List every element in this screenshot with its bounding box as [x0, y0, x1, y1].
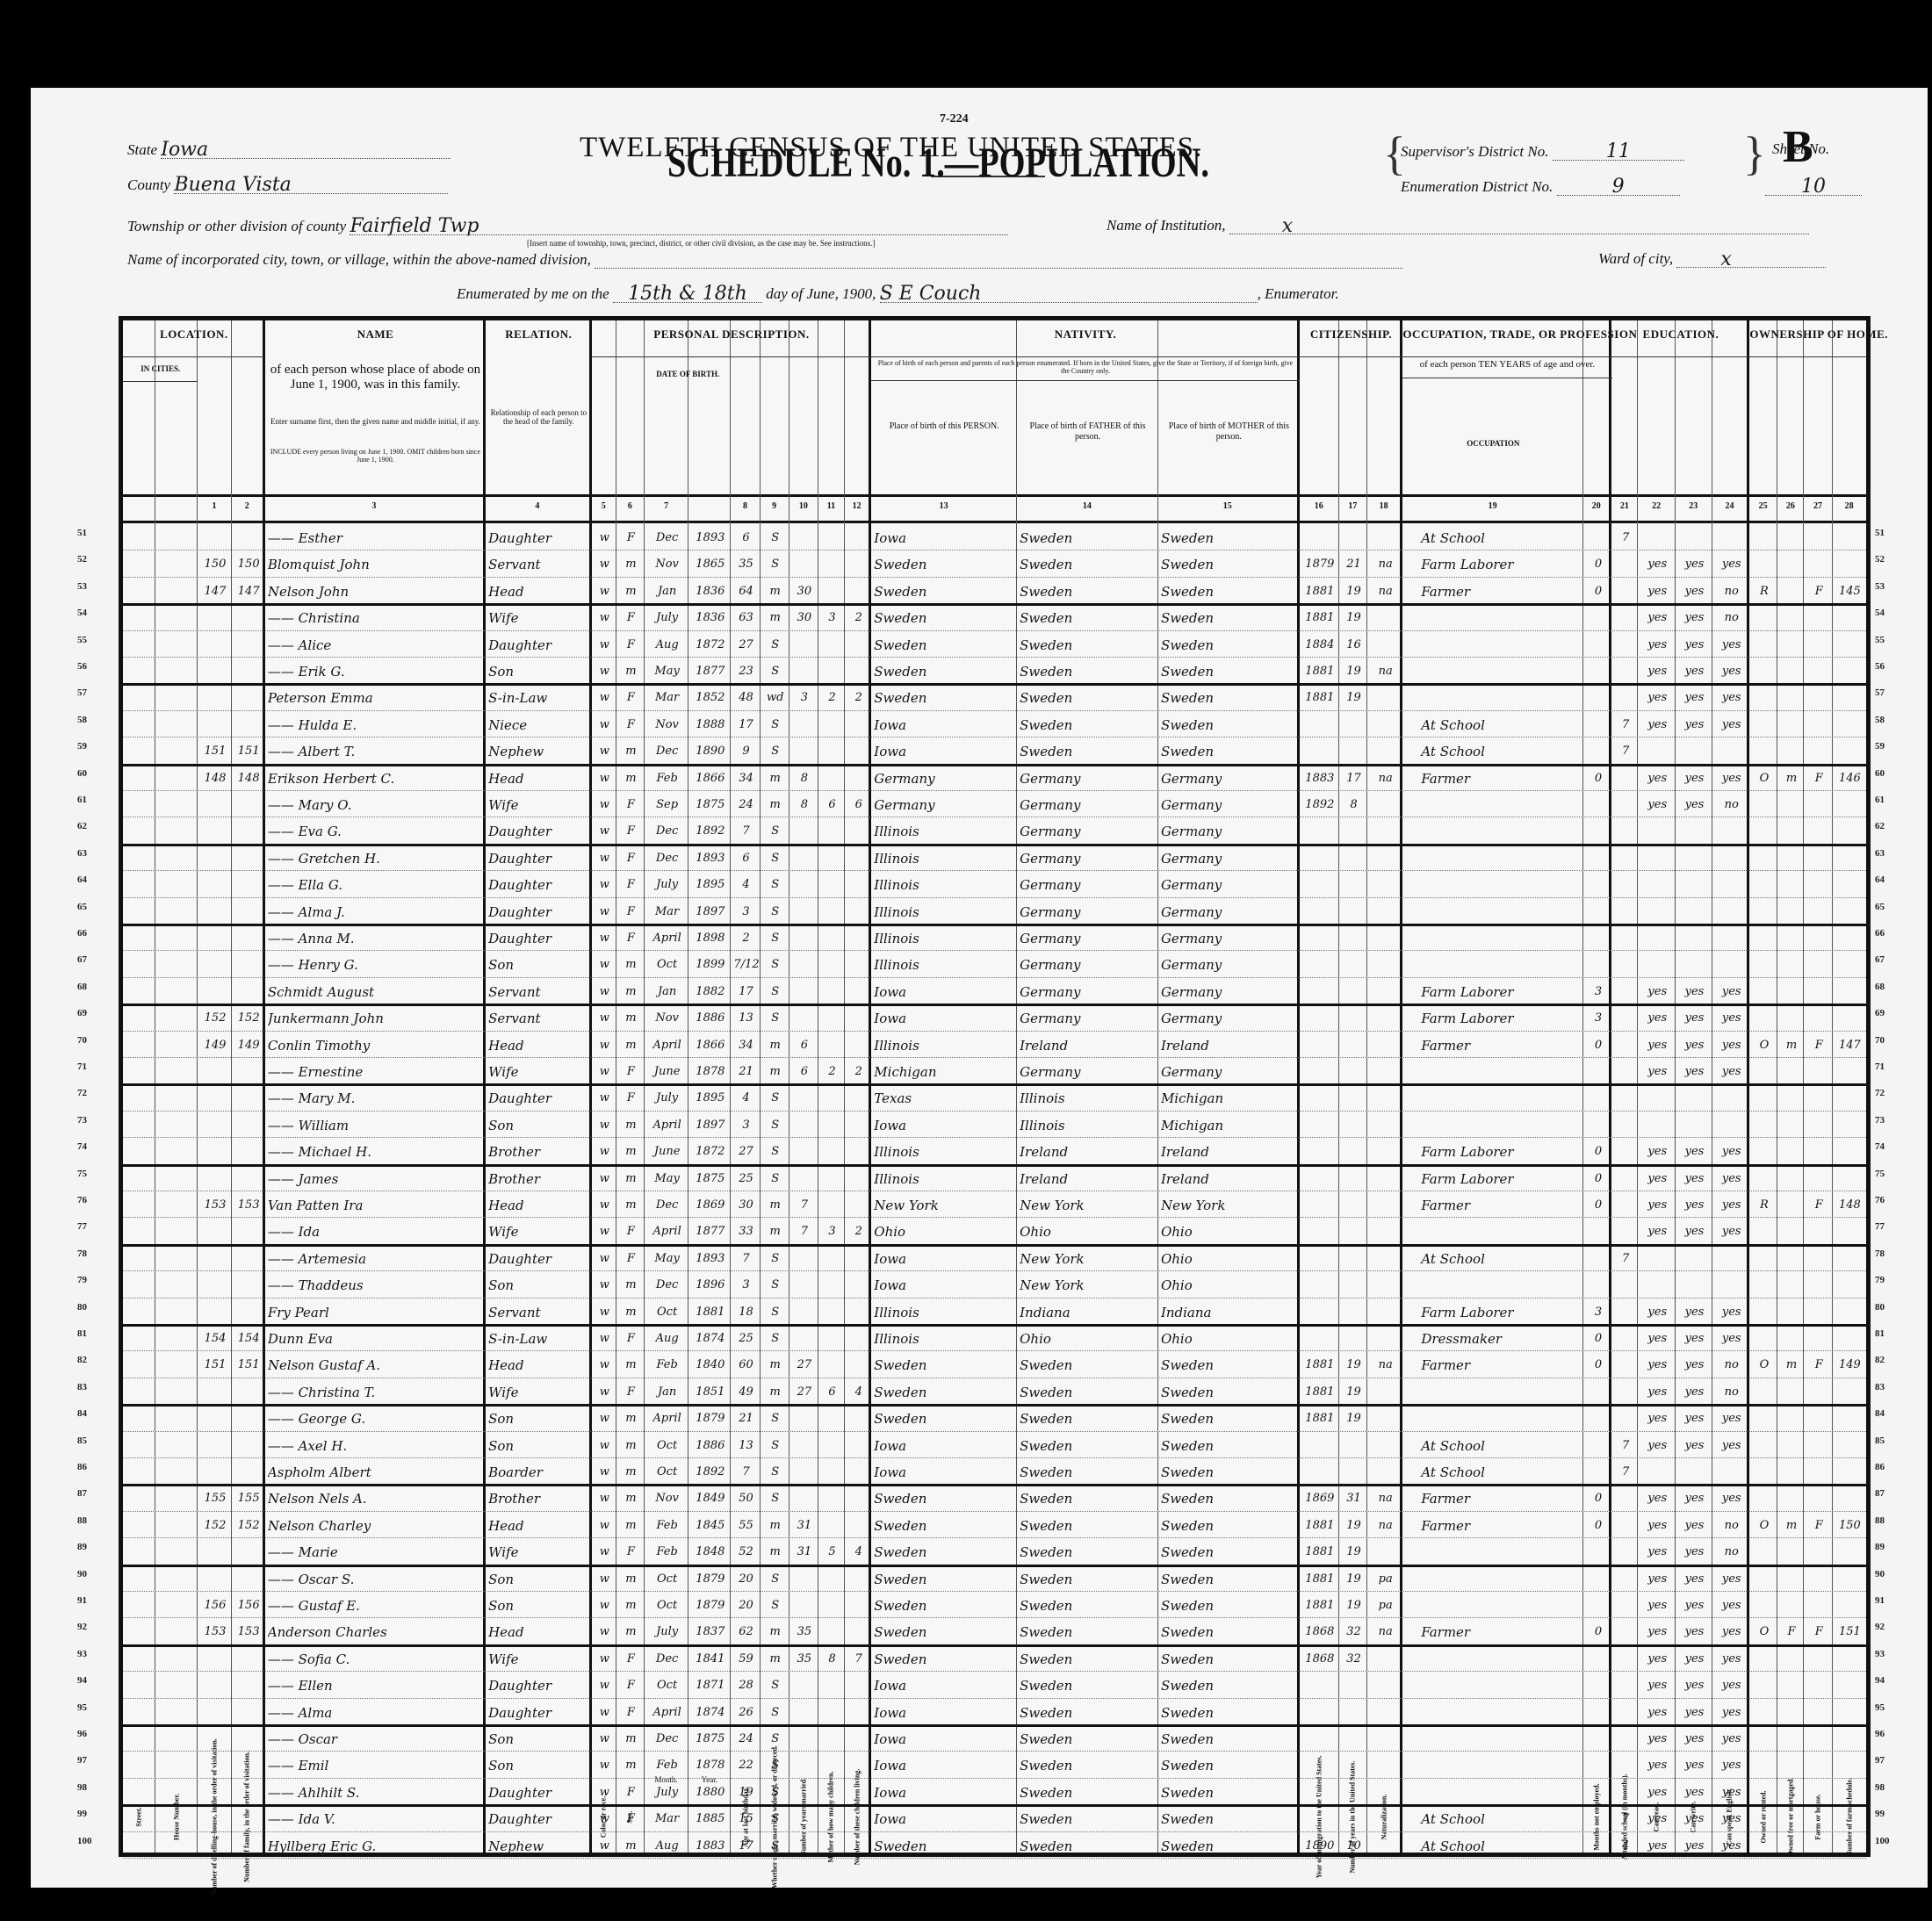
cell-wr	[1678, 1111, 1711, 1137]
cell-rd: yes	[1641, 630, 1674, 657]
cell-age: 7	[733, 1244, 758, 1270]
cell-yr: 1890	[691, 737, 729, 763]
cell-s: F	[619, 1804, 643, 1831]
cell-mc	[821, 1831, 843, 1858]
cell-mc	[821, 1137, 843, 1163]
cell-bf: Germany	[1020, 844, 1157, 870]
cell-sch	[1615, 1057, 1637, 1083]
cell-fh	[1807, 1804, 1831, 1831]
cell-yr: 1837	[691, 1617, 729, 1644]
cell-im	[1302, 710, 1337, 737]
cell-fh	[1807, 1457, 1831, 1484]
cell-rel: Daughter	[488, 1244, 590, 1270]
cell-bp: Iowa	[874, 737, 1015, 763]
cell-ym	[792, 1431, 817, 1457]
cell-na	[1370, 844, 1401, 870]
cell-im: 1881	[1302, 1565, 1337, 1591]
cell-rd: yes	[1641, 1137, 1674, 1163]
population-table: Street.House Number.Number of dwelling-h…	[119, 316, 1871, 1857]
cell-rel: Niece	[488, 710, 590, 737]
cell-bp: Illinois	[874, 924, 1015, 950]
cell-c: w	[595, 817, 615, 843]
cell-mu: 3	[1586, 1004, 1610, 1030]
cell-sp: yes	[1715, 1137, 1748, 1163]
cell-bf: Sweden	[1020, 1778, 1157, 1804]
cell-age: 50	[733, 1484, 758, 1510]
cell-yu	[1342, 1270, 1366, 1297]
cell-fm2	[1780, 1270, 1802, 1297]
cell-im: 1881	[1302, 1591, 1337, 1617]
supervisor-district-value: 11	[1606, 140, 1631, 162]
cell-sch	[1615, 1778, 1637, 1804]
cell-rel: Daughter	[488, 1671, 590, 1697]
cell-bf: Ireland	[1020, 1164, 1157, 1191]
cell-cl: 7	[847, 1644, 869, 1671]
cell-dw: 151	[200, 737, 229, 763]
cell-yr: 1866	[691, 1031, 729, 1057]
cell-sp: yes	[1715, 1698, 1748, 1724]
cell-mu: 0	[1586, 764, 1610, 790]
line-number-left: 57	[77, 687, 87, 698]
form-number: 7-224	[940, 112, 969, 126]
cell-na	[1370, 870, 1401, 896]
cell-sch	[1615, 1350, 1637, 1377]
cell-na	[1370, 1270, 1401, 1297]
cell-dw: 153	[200, 1191, 229, 1217]
cell-mc: 2	[821, 683, 843, 709]
cell-mu	[1586, 1217, 1610, 1243]
cell-mc	[821, 764, 843, 790]
cell-occ	[1405, 603, 1597, 630]
cell-fh	[1807, 630, 1831, 657]
cell-sp	[1715, 897, 1748, 924]
line-number-left: 56	[77, 661, 87, 672]
column-number: 12	[845, 501, 869, 511]
cell-rd: yes	[1641, 764, 1674, 790]
cell-s: m	[619, 1270, 643, 1297]
cell-or	[1752, 1778, 1776, 1804]
cell-mc	[821, 1511, 843, 1537]
schedule-title: SCHEDULE No. 1.—POPULATION.	[667, 139, 1209, 187]
cell-cl	[847, 1244, 869, 1270]
cell-cl: 2	[847, 603, 869, 630]
cell-fh	[1807, 1083, 1831, 1110]
table-row: —— Sofia C.WifewFDec184159m3587SwedenSwe…	[123, 1644, 1866, 1672]
line-number-right: 58	[1875, 715, 1885, 725]
cell-mo: Dec	[647, 817, 687, 843]
cell-dw	[200, 1083, 229, 1110]
cell-yu	[1342, 1804, 1366, 1831]
cell-or	[1752, 1298, 1776, 1324]
cell-occ: Farm Laborer	[1405, 1004, 1597, 1030]
cell-name: Nelson Gustaf A.	[268, 1350, 484, 1377]
line-number-right: 81	[1875, 1328, 1885, 1339]
cell-im	[1302, 1137, 1337, 1163]
cell-bf: Germany	[1020, 764, 1157, 790]
cell-mc	[821, 1244, 843, 1270]
enumerator-name: S E Couch	[880, 283, 982, 305]
cell-bm: Sweden	[1161, 657, 1298, 683]
cell-im	[1302, 1778, 1337, 1804]
cell-bf: Sweden	[1020, 1831, 1157, 1858]
cell-rel: Wife	[488, 1644, 590, 1671]
cell-bf: Germany	[1020, 977, 1157, 1004]
cell-ms: m	[763, 1057, 788, 1083]
cell-s: m	[619, 1111, 643, 1137]
cell-ym: 8	[792, 764, 817, 790]
cell-bm: Sweden	[1161, 630, 1298, 657]
cell-fm2	[1780, 1004, 1802, 1030]
cell-fm2: m	[1780, 764, 1802, 790]
cell-mo: May	[647, 1244, 687, 1270]
cell-yr: 1852	[691, 683, 729, 709]
line-number-right: 94	[1875, 1675, 1885, 1686]
line-number-left: 93	[77, 1649, 87, 1659]
cell-mu	[1586, 1378, 1610, 1404]
cell-im	[1302, 1751, 1337, 1777]
cell-mo: Oct	[647, 1457, 687, 1484]
cell-fh	[1807, 1004, 1831, 1030]
cell-cl	[847, 1804, 869, 1831]
cell-name: —— Thaddeus	[268, 1270, 484, 1297]
cell-age: 59	[733, 1644, 758, 1671]
cell-sch	[1615, 1217, 1637, 1243]
cell-mu	[1586, 1457, 1610, 1484]
cell-s: m	[619, 1484, 643, 1510]
cell-fm	[234, 1804, 263, 1831]
line-number-right: 54	[1875, 608, 1885, 618]
sheet-number-field: 10	[1765, 176, 1862, 196]
cell-age: 62	[733, 1617, 758, 1644]
cell-age: 20	[733, 1591, 758, 1617]
cell-mu: 0	[1586, 1484, 1610, 1510]
cell-bm: Sweden	[1161, 1484, 1298, 1510]
cell-or	[1752, 657, 1776, 683]
cell-occ	[1405, 1751, 1597, 1777]
cell-wr: yes	[1678, 1591, 1711, 1617]
line-number-right: 84	[1875, 1408, 1885, 1419]
cell-bm: Sweden	[1161, 1831, 1298, 1858]
cell-fm	[234, 1537, 263, 1564]
cell-sch	[1615, 870, 1637, 896]
cell-bm: Ohio	[1161, 1244, 1298, 1270]
cell-na	[1370, 1698, 1401, 1724]
cell-dw: 150	[200, 550, 229, 576]
cell-fm2	[1780, 657, 1802, 683]
cell-bf: Sweden	[1020, 737, 1157, 763]
cell-im	[1302, 844, 1337, 870]
cell-rel: Wife	[488, 1537, 590, 1564]
cell-fh	[1807, 737, 1831, 763]
header-note-nativity_desc: Place of birth of each person and parent…	[871, 359, 1299, 381]
cell-yr: 1836	[691, 577, 729, 603]
cell-rel: Nephew	[488, 1831, 590, 1858]
cell-ms: S	[763, 1404, 788, 1430]
cell-bp: Illinois	[874, 1137, 1015, 1163]
column-number: 27	[1804, 501, 1831, 511]
cell-c: w	[595, 577, 615, 603]
cell-bf: New York	[1020, 1270, 1157, 1297]
cell-yu	[1342, 1724, 1366, 1751]
cell-or: R	[1752, 577, 1776, 603]
cell-dw	[200, 1057, 229, 1083]
line-number-right: 97	[1875, 1755, 1885, 1766]
cell-rd: yes	[1641, 1751, 1674, 1777]
cell-bf: Sweden	[1020, 710, 1157, 737]
county-field: County Buena Vista	[127, 174, 448, 194]
cell-bm: Germany	[1161, 950, 1298, 976]
cell-im	[1302, 1057, 1337, 1083]
cell-na	[1370, 1057, 1401, 1083]
cell-wr: yes	[1678, 1698, 1711, 1724]
cell-bf: Sweden	[1020, 1431, 1157, 1457]
cell-bm: Germany	[1161, 817, 1298, 843]
cell-c: w	[595, 1217, 615, 1243]
cell-im	[1302, 1671, 1337, 1697]
cell-fs	[1835, 870, 1864, 896]
cell-age: 55	[733, 1511, 758, 1537]
cell-sch: 7	[1615, 1244, 1637, 1270]
table-row: Aspholm AlbertBoarderwmOct18927SIowaSwed…	[123, 1457, 1866, 1486]
cell-occ: Farmer	[1405, 577, 1597, 603]
cell-sp: yes	[1715, 550, 1748, 576]
cell-wr	[1678, 737, 1711, 763]
cell-fm: 155	[234, 1484, 263, 1510]
cell-ms: S	[763, 1111, 788, 1137]
cell-dw	[200, 1164, 229, 1191]
cell-dw	[200, 844, 229, 870]
cell-fs	[1835, 523, 1864, 550]
cell-mu	[1586, 710, 1610, 737]
cell-sch	[1615, 603, 1637, 630]
cell-na	[1370, 1137, 1401, 1163]
cell-dw	[200, 1778, 229, 1804]
line-number-left: 89	[77, 1542, 87, 1552]
cell-fh	[1807, 710, 1831, 737]
cell-age: 64	[733, 577, 758, 603]
cell-yr: 1878	[691, 1057, 729, 1083]
cell-fm2	[1780, 577, 1802, 603]
cell-yu	[1342, 1004, 1366, 1030]
cell-occ	[1405, 1378, 1597, 1404]
cell-fs: 148	[1835, 1191, 1864, 1217]
cell-yu: 19	[1342, 1565, 1366, 1591]
cell-cl	[847, 1270, 869, 1297]
line-number-right: 89	[1875, 1542, 1885, 1552]
cell-sp: yes	[1715, 1057, 1748, 1083]
cell-c: w	[595, 1537, 615, 1564]
cell-mo: Dec	[647, 844, 687, 870]
cell-age: 49	[733, 1378, 758, 1404]
column-number: 14	[1017, 501, 1157, 511]
cell-c: w	[595, 1298, 615, 1324]
county-label: County	[127, 176, 170, 193]
cell-sch	[1615, 844, 1637, 870]
cell-name: Van Patten Ira	[268, 1191, 484, 1217]
cell-im: 1881	[1302, 1537, 1337, 1564]
cell-bm: Sweden	[1161, 1457, 1298, 1484]
cell-fm2	[1780, 1431, 1802, 1457]
cell-ms: m	[763, 603, 788, 630]
cell-yr: 1895	[691, 1083, 729, 1110]
cell-fm	[234, 1457, 263, 1484]
cell-bf: Germany	[1020, 1057, 1157, 1083]
cell-bm: Indiana	[1161, 1298, 1298, 1324]
table-row: 148148Erikson Herbert C.HeadwmFeb186634m…	[123, 764, 1866, 791]
line-number-left: 52	[77, 554, 87, 565]
cell-rel: Daughter	[488, 1778, 590, 1804]
city-label: Name of incorporated city, town, or vill…	[127, 251, 591, 268]
cell-fm	[234, 1137, 263, 1163]
cell-bp: Iowa	[874, 1457, 1015, 1484]
cell-fh	[1807, 870, 1831, 896]
header-note-birth_father: Place of birth of FATHER of this person.	[1017, 421, 1158, 442]
cell-mu: 0	[1586, 577, 1610, 603]
cell-fh	[1807, 1111, 1831, 1137]
cell-bm: Michigan	[1161, 1083, 1298, 1110]
cell-rel: Wife	[488, 1378, 590, 1404]
cell-fs	[1835, 844, 1864, 870]
cell-fm2	[1780, 1724, 1802, 1751]
cell-fm2	[1780, 1591, 1802, 1617]
cell-fh	[1807, 1244, 1831, 1270]
table-row: —— JamesBrotherwmMay187525SIllinoisIrela…	[123, 1164, 1866, 1191]
cell-dw	[200, 817, 229, 843]
cell-or	[1752, 1217, 1776, 1243]
cell-rd: yes	[1641, 683, 1674, 709]
cell-fh: F	[1807, 764, 1831, 790]
cell-mo: Nov	[647, 1004, 687, 1030]
line-number-right: 93	[1875, 1649, 1885, 1659]
table-row: —— Mary M.DaughterwFJuly18954STexasIllin…	[123, 1083, 1866, 1111]
line-number-right: 76	[1875, 1195, 1885, 1205]
institution-value: x	[1282, 215, 1293, 237]
cell-age: 24	[733, 790, 758, 817]
cell-s: F	[619, 844, 643, 870]
cell-cl	[847, 924, 869, 950]
table-row: —— ErnestineWifewFJune187821m622Michigan…	[123, 1057, 1866, 1086]
cell-rd	[1641, 1111, 1674, 1137]
cell-fm2	[1780, 1537, 1802, 1564]
cell-rd: yes	[1641, 1164, 1674, 1191]
cell-wr	[1678, 1244, 1711, 1270]
line-number-right: 99	[1875, 1809, 1885, 1819]
cell-c: w	[595, 1724, 615, 1751]
line-number-right: 62	[1875, 821, 1885, 831]
cell-fs: 146	[1835, 764, 1864, 790]
cell-age: 2	[733, 924, 758, 950]
cell-cl	[847, 1831, 869, 1858]
cell-mc	[821, 1111, 843, 1137]
cell-s: F	[619, 1324, 643, 1350]
cell-dw	[200, 710, 229, 737]
cell-rel: Wife	[488, 1217, 590, 1243]
cell-sp: no	[1715, 1511, 1748, 1537]
cell-fm	[234, 1724, 263, 1751]
table-row: —— Henry G.SonwmOct18997/12SIllinoisGerm…	[123, 950, 1866, 977]
cell-ms: S	[763, 1083, 788, 1110]
cell-bf: Sweden	[1020, 1698, 1157, 1724]
cell-fm2	[1780, 1644, 1802, 1671]
cell-na	[1370, 683, 1401, 709]
cell-cl	[847, 1031, 869, 1057]
line-number-left: 96	[77, 1729, 87, 1739]
cell-ym	[792, 1083, 817, 1110]
cell-im	[1302, 1191, 1337, 1217]
cell-bp: Illinois	[874, 1298, 1015, 1324]
cell-c: w	[595, 1324, 615, 1350]
cell-ms: m	[763, 764, 788, 790]
table-row: 152152Nelson CharleyHeadwmFeb184555m31Sw…	[123, 1511, 1866, 1538]
cell-occ	[1405, 683, 1597, 709]
cell-bp: Iowa	[874, 523, 1015, 550]
cell-fh	[1807, 523, 1831, 550]
column-number: 1	[198, 501, 230, 511]
line-number-right: 57	[1875, 687, 1885, 698]
cell-cl: 4	[847, 1537, 869, 1564]
cell-mc	[821, 737, 843, 763]
cell-im: 1881	[1302, 603, 1337, 630]
column-group-header: EDUCATION.	[1612, 320, 1750, 357]
cell-fm	[234, 924, 263, 950]
cell-or	[1752, 844, 1776, 870]
cell-fm2	[1780, 897, 1802, 924]
cell-age: 15	[733, 1804, 758, 1831]
cell-wr: yes	[1678, 977, 1711, 1004]
cell-fh	[1807, 657, 1831, 683]
cell-fm2: m	[1780, 1511, 1802, 1537]
cell-rd	[1641, 950, 1674, 976]
cell-c: w	[595, 1617, 615, 1644]
line-number-right: 59	[1875, 741, 1885, 752]
cell-mu	[1586, 1431, 1610, 1457]
header-note-in_cities: IN CITIES.	[123, 364, 198, 382]
header-note-birth_mother: Place of birth of MOTHER of this person.	[1158, 421, 1300, 442]
line-number-left: 80	[77, 1302, 87, 1313]
table-row: 154154Dunn EvaS-in-LawwFAug187425SIllino…	[123, 1324, 1866, 1351]
line-number-right: 70	[1875, 1035, 1885, 1046]
cell-fh	[1807, 1164, 1831, 1191]
cell-rel: Brother	[488, 1484, 590, 1510]
cell-mc	[821, 1804, 843, 1831]
cell-yu: 19	[1342, 1378, 1366, 1404]
cell-sch	[1615, 764, 1637, 790]
cell-mu: 0	[1586, 1617, 1610, 1644]
cell-dw: 153	[200, 1617, 229, 1644]
cell-bp: Iowa	[874, 710, 1015, 737]
cell-dw	[200, 924, 229, 950]
cell-ym: 31	[792, 1537, 817, 1564]
cell-rd	[1641, 897, 1674, 924]
cell-age: 48	[733, 683, 758, 709]
cell-im	[1302, 1698, 1337, 1724]
cell-ym	[792, 1671, 817, 1697]
cell-ym	[792, 1484, 817, 1510]
table-row: —— EstherDaughterwFDec18936SIowaSwedenSw…	[123, 523, 1866, 550]
line-number-left: 79	[77, 1275, 87, 1285]
cell-fm	[234, 1378, 263, 1404]
cell-or	[1752, 1111, 1776, 1137]
cell-name: —— George G.	[268, 1404, 484, 1430]
cell-mu	[1586, 630, 1610, 657]
cell-cl: 4	[847, 1378, 869, 1404]
cell-occ	[1405, 1111, 1597, 1137]
township-label: Township or other division of county	[127, 218, 346, 234]
cell-bm: Sweden	[1161, 1698, 1298, 1724]
cell-yr: 1865	[691, 550, 729, 576]
cell-yr: 1896	[691, 1270, 729, 1297]
cell-bp: Ohio	[874, 1217, 1015, 1243]
